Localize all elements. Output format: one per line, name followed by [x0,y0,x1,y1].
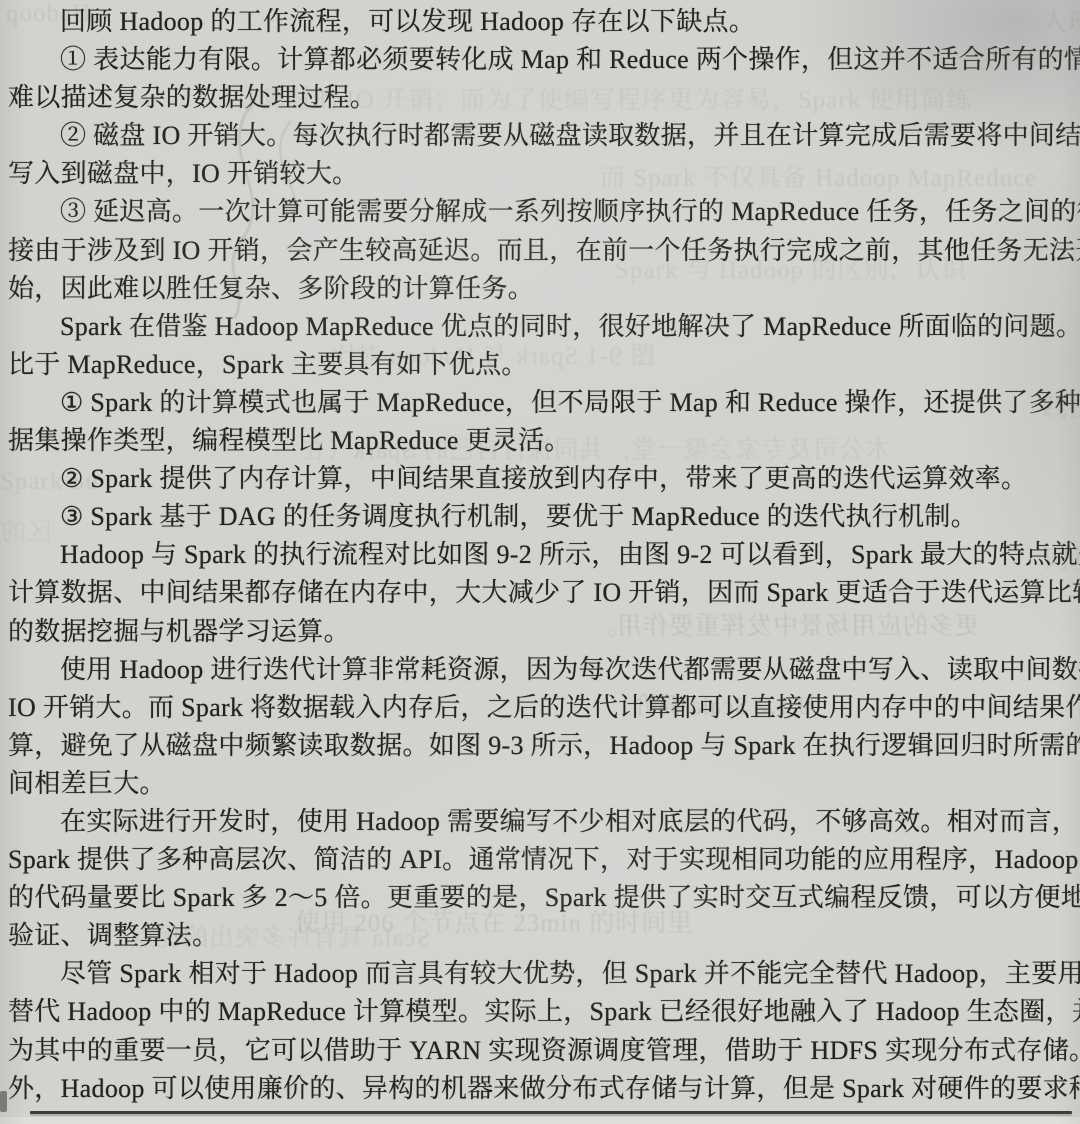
text-line: 始，因此难以胜任复杂、多阶段的计算任务。 [8,270,1070,308]
text-line: Hadoop 与 Spark 的执行流程对比如图 9-2 所示，由图 9-2 可… [8,536,1070,574]
text-line: 为其中的重要一员，它可以借助于 YARN 实现资源调度管理，借助于 HDFS 实… [8,1032,1070,1070]
text-line: 使用 Hadoop 进行迭代计算非常耗资源，因为每次迭代都需要从磁盘中写入、读取… [8,651,1070,689]
text-line: 比于 MapReduce，Spark 主要具有如下优点。 [8,346,1070,384]
text-line: 回顾 Hadoop 的工作流程，可以发现 Hadoop 存在以下缺点。 [8,3,1070,41]
page-bottom-margin [0,1117,1080,1124]
text-line: ② 磁盘 IO 开销大。每次执行时都需要从磁盘读取数据，并且在计算完成后需要将中… [8,117,1070,155]
text-line: 算，避免了从磁盘中频繁读取数据。如图 9-3 所示，Hadoop 与 Spark… [8,727,1070,765]
text-line: ① Spark 的计算模式也属于 MapReduce，但不局限于 Map 和 R… [8,384,1070,422]
text-line: 的代码量要比 Spark 多 2～5 倍。更重要的是，Spark 提供了实时交互… [8,879,1070,917]
text-line: ② Spark 提供了内存计算，中间结果直接放到内存中，带来了更高的迭代运算效率… [8,460,1070,498]
text-line: Spark 提供了多种高层次、简洁的 API。通常情况下，对于实现相同功能的应用… [8,841,1070,879]
text-line: IO 开销大。而 Spark 将数据载入内存后，之后的迭代计算都可以直接使用内存… [8,689,1070,727]
text-line: 尽管 Spark 相对于 Hadoop 而言具有较大优势，但 Spark 并不能… [8,955,1070,993]
text-block: 回顾 Hadoop 的工作流程，可以发现 Hadoop 存在以下缺点。① 表达能… [8,3,1070,1108]
text-line: ① 表达能力有限。计算都必须要转化成 Map 和 Reduce 两个操作，但这并… [8,41,1070,79]
text-line: 接由于涉及到 IO 开销，会产生较高延迟。而且，在前一个任务执行完成之前，其他任… [8,232,1070,270]
footer-divider [30,1111,1072,1114]
text-line: 间相差巨大。 [8,765,1070,803]
text-line: 替代 Hadoop 中的 MapReduce 计算模型。实际上，Spark 已经… [8,993,1070,1031]
text-line: 写入到磁盘中，IO 开销较大。 [8,155,1070,193]
text-line: 验证、调整算法。 [8,917,1070,955]
text-line: 外，Hadoop 可以使用廉价的、异构的机器来做分布式存储与计算，但是 Spar… [8,1070,1070,1108]
text-line: 计算数据、中间结果都存储在内存中，大大减少了 IO 开销，因而 Spark 更适… [8,574,1070,612]
text-line: 难以描述复杂的数据处理过程。 [8,79,1070,117]
text-line: ③ 延迟高。一次计算可能需要分解成一系列按顺序执行的 MapReduce 任务，… [8,193,1070,231]
text-line: 在实际进行开发时，使用 Hadoop 需要编写不少相对底层的代码，不够高效。相对… [8,803,1070,841]
text-line: 据集操作类型，编程模型比 MapReduce 更灵活。 [8,422,1070,460]
text-line: ③ Spark 基于 DAG 的任务调度执行机制，要优于 MapReduce 的… [8,498,1070,536]
text-line: 的数据挖掘与机器学习运算。 [8,613,1070,651]
scan-edge-mark [0,1091,7,1112]
scanned-page: qoobaH人班计算时的 IO 开销；而为了使编写程序更为容易，Spark 使用… [0,0,1080,1124]
text-line: Spark 在借鉴 Hadoop MapReduce 优点的同时，很好地解决了 … [8,308,1070,346]
